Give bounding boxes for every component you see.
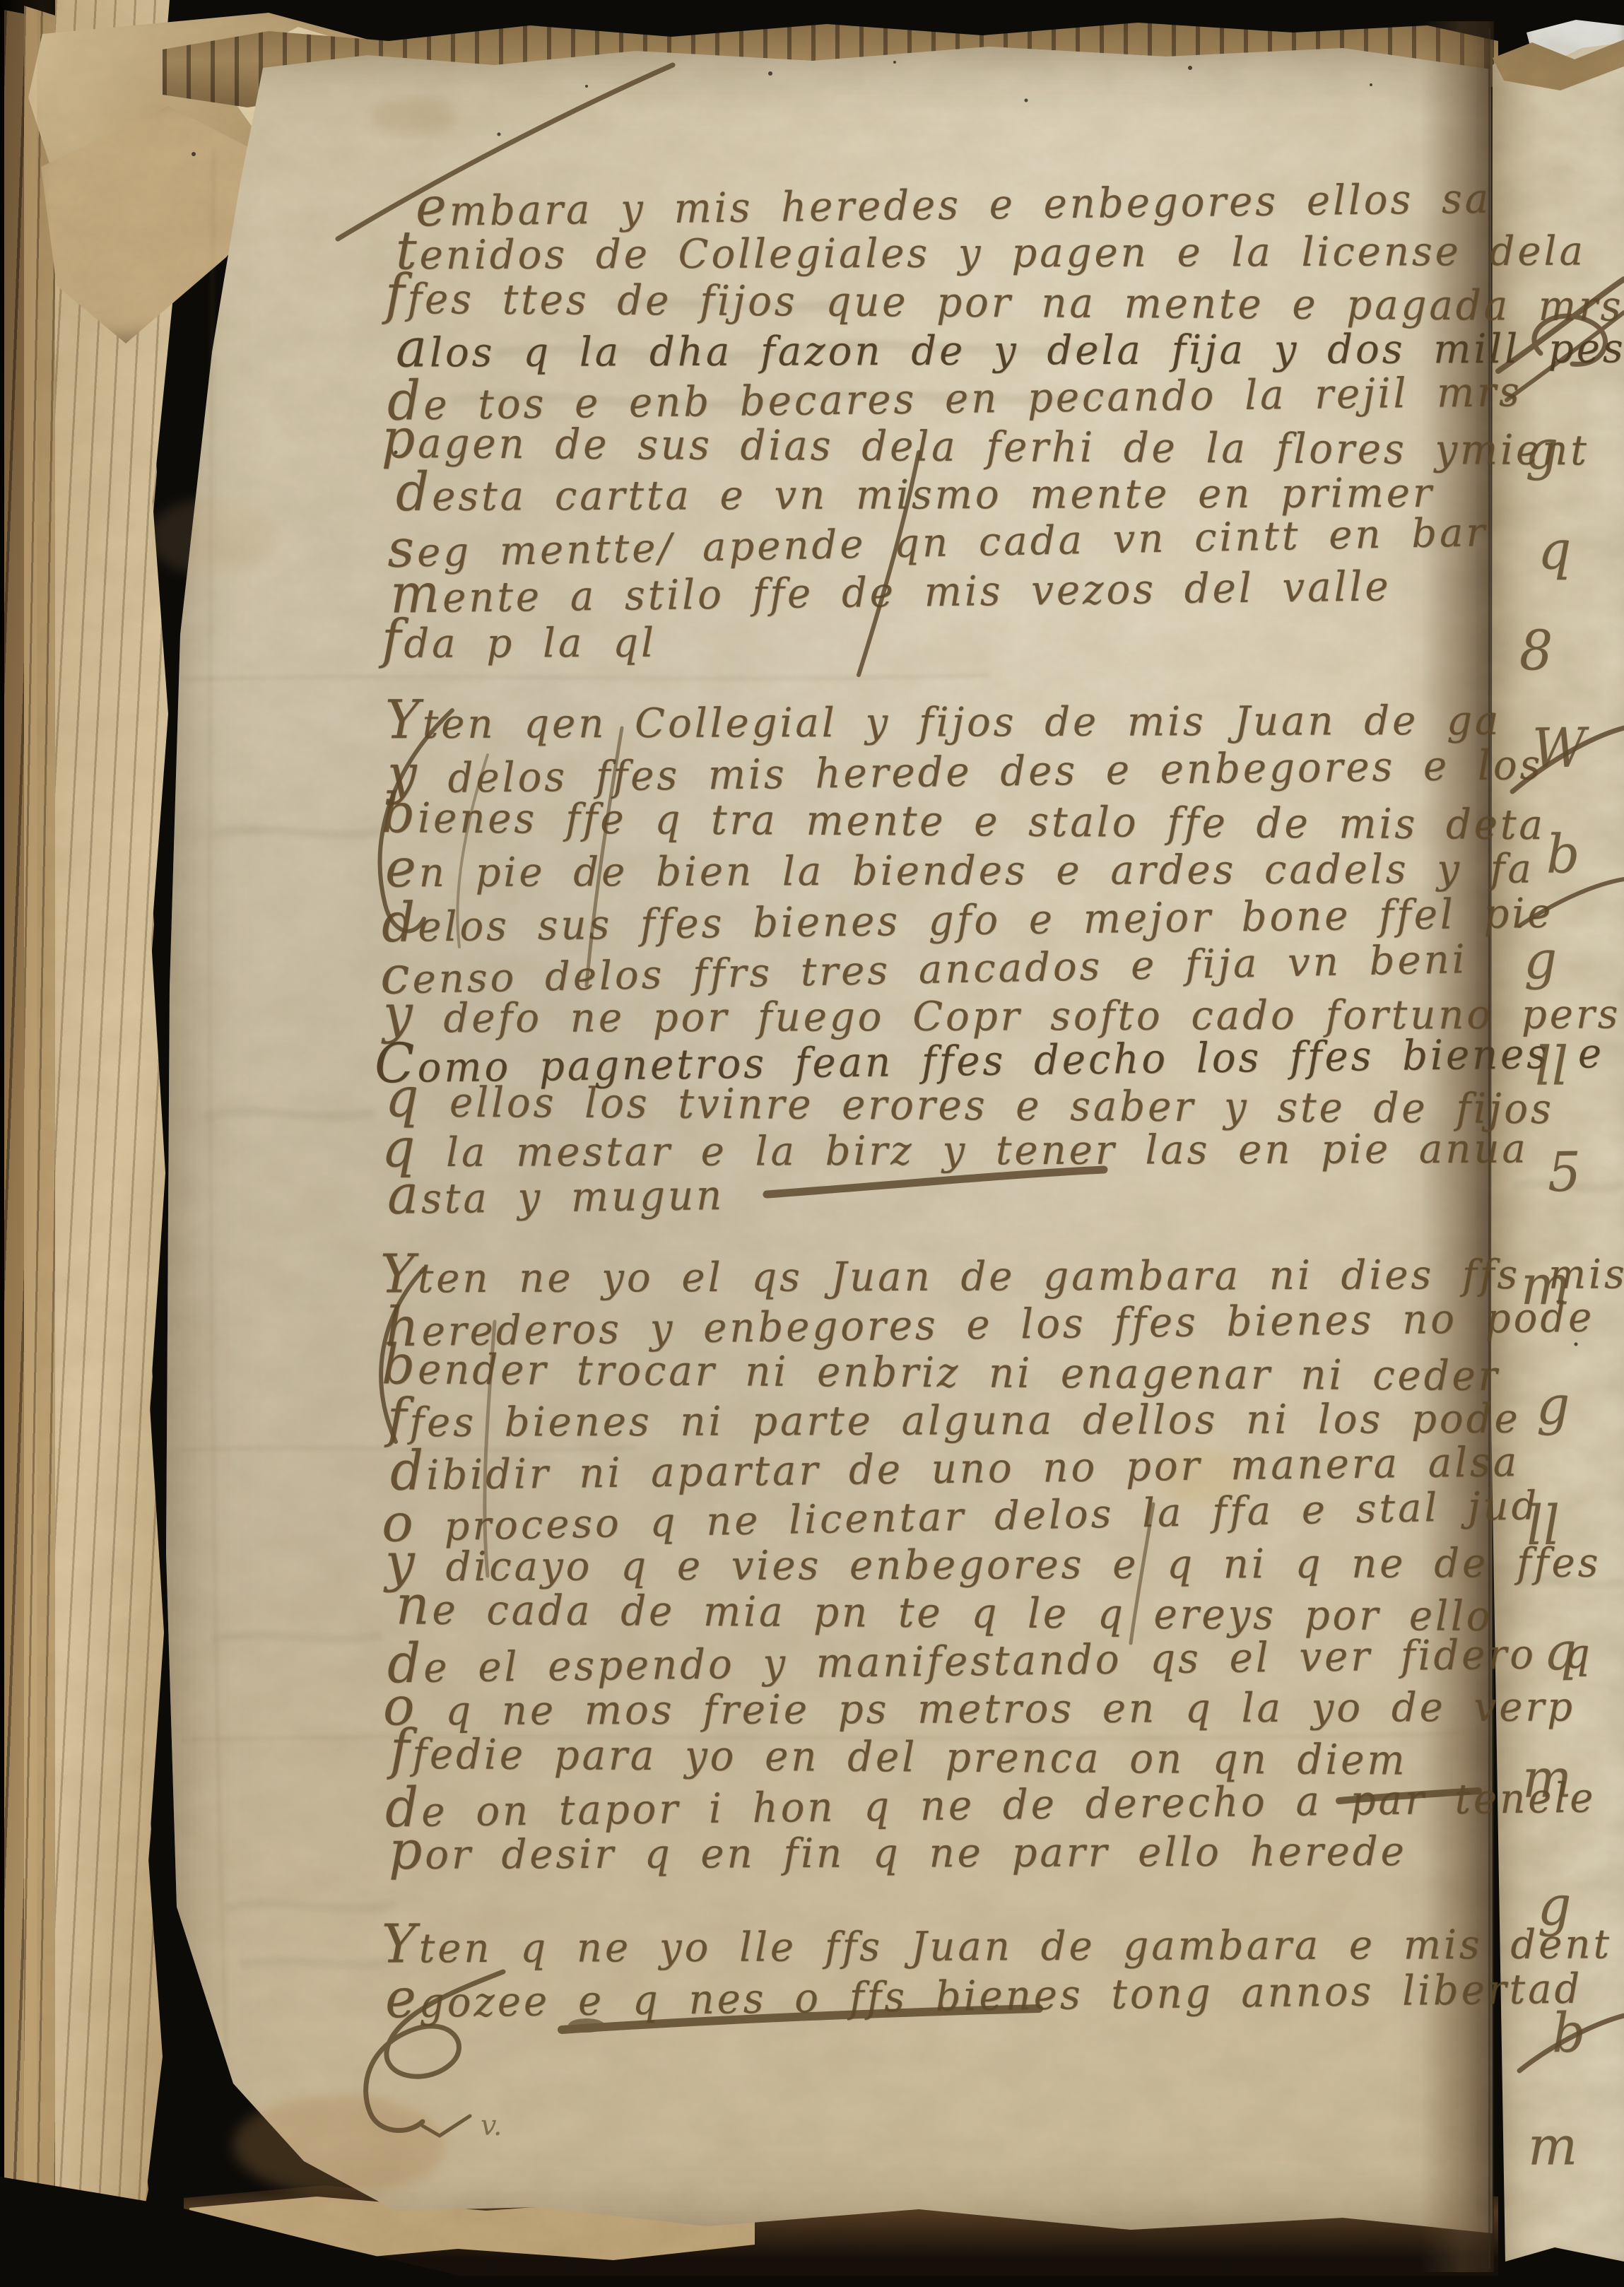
handwriting-fragment: W xyxy=(1532,721,1587,776)
manuscript-scan: embara y mis heredes e enbegores ellos s… xyxy=(0,0,1624,2287)
handwritten-line: por desir q en fin q ne parr ello herede xyxy=(389,1821,1407,1878)
handwriting-fragment: g xyxy=(1523,934,1558,987)
handwriting-fragment: q xyxy=(1538,524,1572,577)
handwriting-fragment: m xyxy=(1528,2120,1577,2173)
handwriting-fragment: 5 xyxy=(1548,1145,1582,1200)
handwriting-fragment: q xyxy=(1543,1625,1577,1678)
handwriting-fragment: m xyxy=(1522,1752,1572,1806)
handwriting-fragment: m xyxy=(1521,1258,1571,1313)
handwritten-line: asta y mugun xyxy=(387,1165,725,1223)
handwriting-fragment: b xyxy=(1552,2006,1586,2061)
handwriting-fragment: g xyxy=(1525,423,1559,478)
postscript-mark: v. xyxy=(481,2110,502,2142)
handwritten-line: fda p la ql xyxy=(382,613,657,667)
handwriting-fragment: ll xyxy=(1526,1498,1560,1553)
handwriting-fragment: 8 xyxy=(1519,623,1553,678)
binding-leaf-layer xyxy=(55,0,182,2287)
handwriting-fragment: ll xyxy=(1535,1040,1569,1093)
handwriting-fragment: b xyxy=(1546,828,1580,881)
handwriting-fragment: g xyxy=(1536,1379,1570,1433)
handwritten-line: mente a stilo ffe de mis vezos del valle xyxy=(390,555,1391,622)
handwriting-fragment: g xyxy=(1538,1879,1572,1934)
